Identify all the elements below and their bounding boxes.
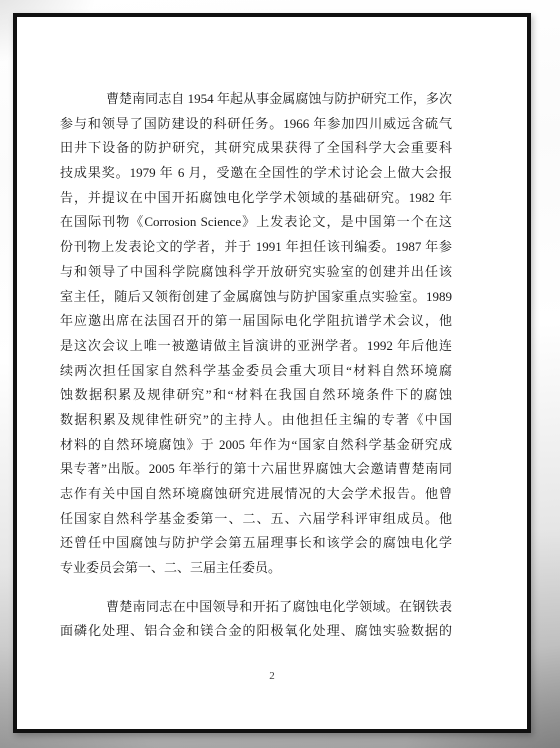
text-line: 志作有关中国自然环境腐蚀研究进展情况的大会学术报告。他曾 — [60, 482, 452, 507]
text-line: 材料的自然环境腐蚀》于 2005 年作为“国家自然科学基金研究成 — [60, 433, 452, 458]
text-line: 曹楚南同志在中国领导和开拓了腐蚀电化学领域。在钢铁表 — [60, 595, 452, 620]
text-line: 果专著”出版。2005 年举行的第十六届世界腐蚀大会邀请曹楚南同 — [60, 457, 452, 482]
page-text: 曹楚南同志自 1954 年起从事金属腐蚀与防护研究工作，多次参与和领导了国防建设… — [60, 87, 452, 644]
text-line: 数据积累及规律性研究”的主持人。由他担任主编的专著《中国 — [60, 408, 452, 433]
text-line: 面磷化处理、铝合金和镁合金的阳极氧化处理、腐蚀实验数据的 — [60, 619, 452, 644]
text-line: 是这次会议上唯一被邀请做主旨演讲的亚洲学者。1992 年后他连 — [60, 334, 452, 359]
text-line: 份刊物上发表论文的学者，并于 1991 年担任该刊编委。1987 年参 — [60, 235, 452, 260]
text-line: 曹楚南同志自 1954 年起从事金属腐蚀与防护研究工作，多次 — [60, 87, 452, 112]
text-line: 还曾任中国腐蚀与防护学会第五届理事长和该学会的腐蚀电化学 — [60, 531, 452, 556]
text-line: 续两次担任国家自然科学基金委员会重大项目“材料自然环境腐 — [60, 359, 452, 384]
text-line: 与和领导了中国科学院腐蚀科学开放研究实验室的创建并出任该 — [60, 260, 452, 285]
text-line: 告，并提议在中国开拓腐蚀电化学学术领域的基础研究。1982 年 — [60, 186, 452, 211]
text-line: 专业委员会第一、二、三届主任委员。 — [60, 556, 452, 581]
page-number: 2 — [17, 671, 527, 682]
text-line: 室主任，随后又领衔创建了金属腐蚀与防护国家重点实验室。1989 — [60, 285, 452, 310]
text-line: 年应邀出席在法国召开的第一届国际电化学阻抗谱学术会议，他 — [60, 309, 452, 334]
scan-background: 曹楚南同志自 1954 年起从事金属腐蚀与防护研究工作，多次参与和领导了国防建设… — [0, 0, 560, 748]
text-line: 在国际刊物《Corrosion Science》上发表论文，是中国第一个在这 — [60, 210, 452, 235]
text-line: 参与和领导了国防建设的科研任务。1966 年参加四川威远含硫气 — [60, 112, 452, 137]
text-line: 任国家自然科学基金委第一、二、五、六届学科评审组成员。他 — [60, 507, 452, 532]
text-line: 技成果奖。1979 年 6 月，受邀在全国性的学术讨论会上做大会报 — [60, 161, 452, 186]
document-page: 曹楚南同志自 1954 年起从事金属腐蚀与防护研究工作，多次参与和领导了国防建设… — [13, 13, 531, 733]
text-line: 蚀数据积累及规律研究”和“材料在我国自然环境条件下的腐蚀 — [60, 383, 452, 408]
paragraph-career: 曹楚南同志自 1954 年起从事金属腐蚀与防护研究工作，多次参与和领导了国防建设… — [60, 87, 452, 581]
paragraph-electrochemistry: 曹楚南同志在中国领导和开拓了腐蚀电化学领域。在钢铁表面磷化处理、铝合金和镁合金的… — [60, 595, 452, 644]
text-line: 田井下设备的防护研究，其研究成果获得了全国科学大会重要科 — [60, 136, 452, 161]
